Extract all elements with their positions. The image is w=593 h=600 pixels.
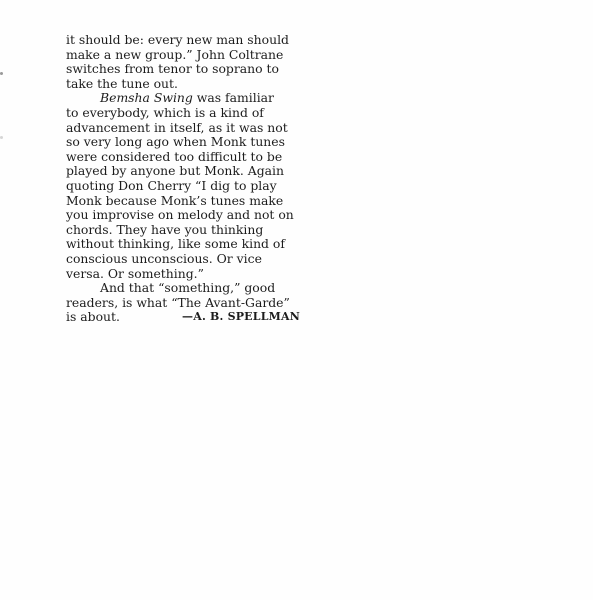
text-line: were considered too difficult to be: [66, 150, 300, 165]
scan-mark: [0, 136, 3, 139]
text-line: take the tune out.: [66, 77, 300, 92]
text-line: readers, is what “The Avant-Garde”: [66, 296, 300, 311]
text-line: played by anyone but Monk. Again: [66, 164, 300, 179]
text-line: is about. —A. B. SPELLMAN: [66, 310, 300, 325]
text-line: so very long ago when Monk tunes: [66, 135, 300, 150]
text-line: you improvise on melody and not on: [66, 208, 300, 223]
liner-notes-column: it should be: every new man should make …: [66, 33, 300, 325]
text-line: Bemsha Swing was familiar: [66, 91, 300, 106]
text-line: make a new group.” John Coltrane: [66, 48, 300, 63]
text-line: without thinking, like some kind of: [66, 237, 300, 252]
text-line: to everybody, which is a kind of: [66, 106, 300, 121]
author-signature: —A. B. SPELLMAN: [182, 310, 300, 325]
scan-mark: [0, 72, 3, 75]
text-line: versa. Or something.”: [66, 267, 300, 282]
text-line: Monk because Monk’s tunes make: [66, 194, 300, 209]
text-line: And that “something,” good: [66, 281, 300, 296]
text-line: quoting Don Cherry “I dig to play: [66, 179, 300, 194]
text-line: it should be: every new man should: [66, 33, 300, 48]
text-line: conscious unconscious. Or vice: [66, 252, 300, 267]
text-line: chords. They have you thinking: [66, 223, 300, 238]
text-line: switches from tenor to soprano to: [66, 62, 300, 77]
song-title: Bemsha Swing: [100, 91, 193, 106]
text-line: advancement in itself, as it was not: [66, 121, 300, 136]
